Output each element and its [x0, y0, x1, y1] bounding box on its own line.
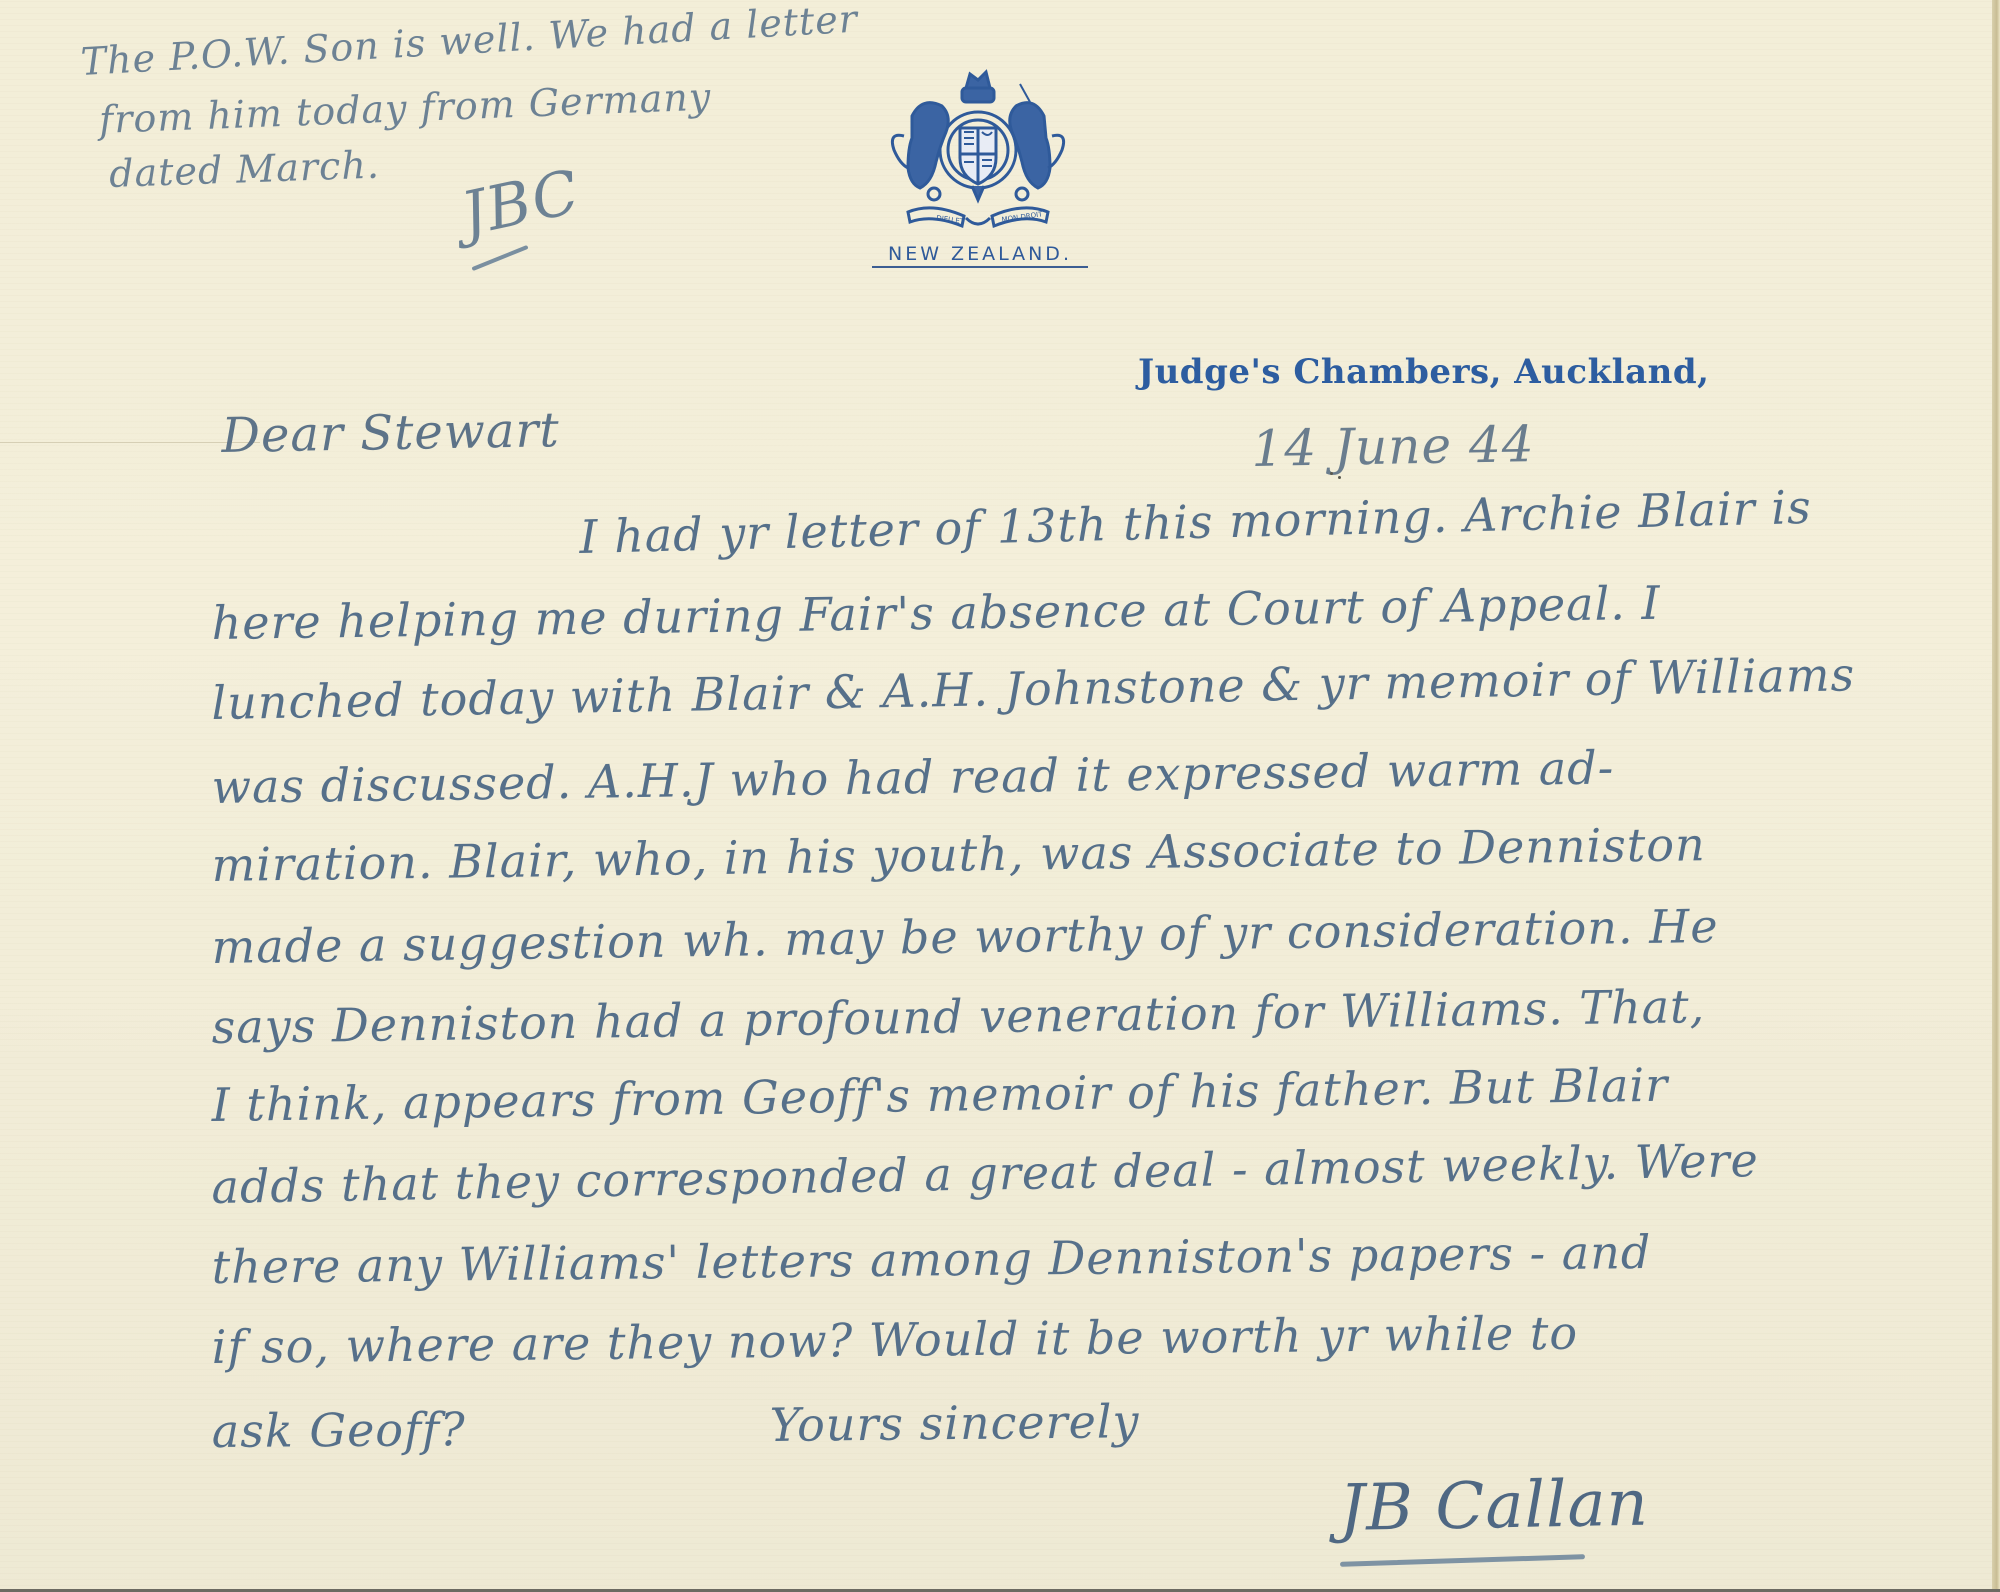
- ink-speck: [1330, 472, 1333, 475]
- body-line-10: there any Williams' letters among Dennis…: [211, 1225, 1651, 1294]
- postscript-line-1: The P.O.W. Son is well. We had a letter: [80, 0, 859, 84]
- body-line-7: says Denniston had a profound veneration…: [211, 979, 1705, 1054]
- body-line-1: I had yr letter of 13th this morning. Ar…: [579, 480, 1813, 564]
- signature: JB Callan: [1339, 1467, 1650, 1546]
- letterhead-country: NEW ZEALAND.: [872, 243, 1088, 265]
- letter-page: The P.O.W. Son is well. We had a letter …: [0, 0, 2000, 1592]
- postscript-initials: JBC: [455, 157, 585, 250]
- salutation: Dear Stewart: [221, 402, 560, 464]
- body-line-2: here helping me during Fair's absence at…: [211, 576, 1661, 650]
- coat-of-arms-icon: DIEU ET MON DROIT: [882, 66, 1074, 236]
- body-line-4: was discussed. A.H.J who had read it exp…: [211, 740, 1614, 814]
- body-line-8: I think, appears from Geoff's memoir of …: [211, 1058, 1668, 1132]
- body-line-5: miration. Blair, who, in his youth, was …: [211, 817, 1706, 892]
- body-line-11: if so, where are they now? Would it be w…: [211, 1306, 1578, 1374]
- closing: Yours sincerely: [769, 1394, 1139, 1452]
- body-line-12: ask Geoff?: [212, 1402, 466, 1458]
- postscript-line-3: dated March.: [108, 143, 380, 196]
- letter-date: 14 June 44: [1251, 415, 1535, 478]
- initials-flourish: [471, 245, 528, 271]
- body-line-9: adds that they corresponded a great deal…: [211, 1133, 1759, 1214]
- signature-underline: [1340, 1554, 1585, 1567]
- body-line-3: lunched today with Blair & A.H. Johnston…: [211, 647, 1855, 730]
- letterhead-country-underline: [872, 266, 1088, 268]
- paper-right-edge: [1992, 0, 2000, 1592]
- body-line-6: made a suggestion wh. may be worthy of y…: [211, 899, 1719, 974]
- ink-speck: [1338, 476, 1341, 479]
- letterhead-address: Judge's Chambers, Auckland,: [1138, 352, 1709, 392]
- postscript-line-2: from him today from Germany: [98, 75, 712, 142]
